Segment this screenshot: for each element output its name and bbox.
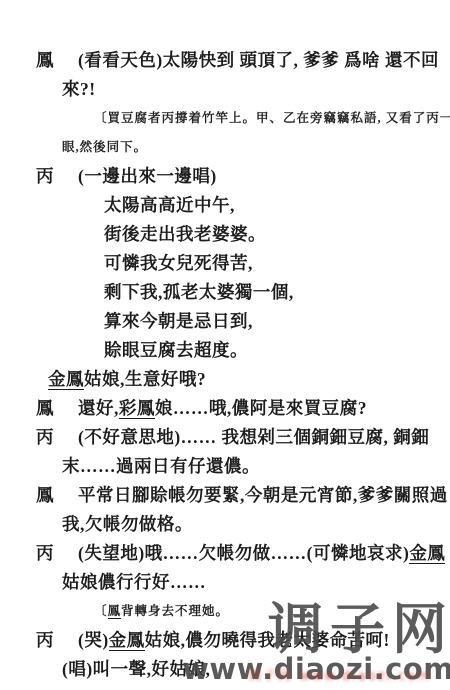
line-text: 姑娘儂行行好…… xyxy=(62,572,206,592)
line-text: 還好,彩鳳娘……哦,儂阿是來買豆腐? xyxy=(78,394,367,423)
dialogue-line: 鳳平常日腳賒帳勿要緊,今朝是元宵節,爹爹關照過 xyxy=(36,481,450,510)
proper-name-mark: 金鳳 xyxy=(48,369,84,390)
verse-line: 可憐我女兒死得苦, xyxy=(104,249,450,278)
speaker-label: 丙 xyxy=(36,423,78,452)
verse-line: 街後走出我老婆婆。 xyxy=(104,220,450,249)
line-text: 平常日腳賒帳勿要緊,今朝是元宵節,爹爹關照過 xyxy=(78,481,448,510)
dialogue-line: 丙(失望地)哦……欠帳勿做……(可憐地哀求)金鳳 xyxy=(36,539,450,568)
speaker-label: 丙 xyxy=(36,626,78,655)
line-text: 金鳳姑娘,生意好哦? xyxy=(48,369,206,390)
stage-direction: 眼,然後同下。 xyxy=(62,133,450,162)
script-body: 鳳(看看天色)太陽快到 頭頂了, 爹爹 爲啥 還不回來?!〔買豆腐者丙撐着竹竿上… xyxy=(36,46,450,684)
line-text: 可憐我女兒死得苦, xyxy=(104,253,253,273)
line-text: 賒眼豆腐去超度。 xyxy=(104,340,248,360)
dialogue-line: 丙(不好意思地)…… 我想剁三個銅鈿豆腐, 銅鈿 xyxy=(36,423,450,452)
line-text: 〔買豆腐者丙撐着竹竿上。甲、乙在旁竊竊私語, 又看了丙一 xyxy=(94,111,450,125)
continuation-line: 我,欠帳勿做格。 xyxy=(62,510,450,539)
proper-name-mark: 鳳 xyxy=(108,604,122,619)
line-text: 我,欠帳勿做格。 xyxy=(62,514,193,534)
line-text: 太陽高高近中午, xyxy=(104,195,235,215)
line-text: 剩下我,孤老太婆獨一個, xyxy=(104,282,294,302)
watermark-site-name: 调子网 xyxy=(182,602,450,657)
watermark: 调子网 www.diaozi.com 调子网 www.diaozi.com xyxy=(182,602,450,684)
stage-direction: 〔買豆腐者丙撐着竹竿上。甲、乙在旁竊竊私語, 又看了丙一 xyxy=(94,104,450,133)
speaker-label: 鳳 xyxy=(36,394,78,423)
line-text: (失望地)哦……欠帳勿做……(可憐地哀求)金鳳 xyxy=(78,539,445,568)
line-text: 末……過兩日有仔還儂。 xyxy=(62,456,260,476)
watermark-blurred-red-text: 调子网 www.diaozi.com xyxy=(248,665,432,684)
tagline-line: 金鳳姑娘,生意好哦? xyxy=(48,365,450,394)
verse-line: 算來今朝是忌日到, xyxy=(104,307,450,336)
proper-name-mark: 彩鳳 xyxy=(119,398,155,419)
dialogue-line: 丙(一邊出來一邊唱) xyxy=(36,162,450,191)
verse-line: 太陽高高近中午, xyxy=(104,191,450,220)
continuation-line: 末……過兩日有仔還儂。 xyxy=(62,452,450,481)
proper-name-mark: 金鳳 xyxy=(109,630,145,651)
dialogue-line: 鳳(看看天色)太陽快到 頭頂了, 爹爹 爲啥 還不回 xyxy=(36,46,450,75)
line-text: 眼,然後同下。 xyxy=(62,140,147,154)
line-text: 街後走出我老婆婆。 xyxy=(104,224,266,244)
speaker-label: 丙 xyxy=(36,162,78,191)
line-text: (一邊出來一邊唱) xyxy=(78,162,217,191)
line-text: (看看天色)太陽快到 頭頂了, 爹爹 爲啥 還不回 xyxy=(78,46,439,75)
dialogue-line: 鳳還好,彩鳳娘……哦,儂阿是來買豆腐? xyxy=(36,394,450,423)
speaker-label: 鳳 xyxy=(36,46,78,75)
speaker-label: 鳳 xyxy=(36,481,78,510)
proper-name-mark: 金鳳 xyxy=(409,543,445,564)
line-text: (不好意思地)…… 我想剁三個銅鈿豆腐, 銅鈿 xyxy=(78,423,429,452)
verse-line: 賒眼豆腐去超度。 xyxy=(104,336,450,365)
verse-line: 剩下我,孤老太婆獨一個, xyxy=(104,278,450,307)
scanned-script-page: 鳳(看看天色)太陽快到 頭頂了, 爹爹 爲啥 還不回來?!〔買豆腐者丙撐着竹竿上… xyxy=(0,0,450,690)
continuation-line: 來?! xyxy=(62,75,450,104)
line-text: 算來今朝是忌日到, xyxy=(104,311,253,331)
line-text: 來?! xyxy=(62,79,96,99)
speaker-label: 丙 xyxy=(36,539,78,568)
continuation-line: 姑娘儂行行好…… xyxy=(62,568,450,597)
